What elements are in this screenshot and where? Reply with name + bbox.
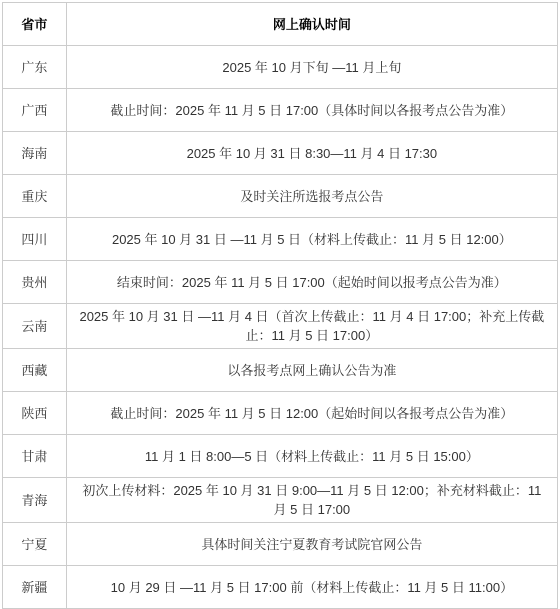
time-cell: 截止时间：2025 年 11 月 5 日 12:00（起始时间以各报考点公告为准… xyxy=(66,392,557,435)
time-cell: 11 月 1 日 8:00—5 日（材料上传截止：11 月 5 日 15:00） xyxy=(66,435,557,478)
confirmation-time-table: 省市 网上确认时间 广东 2025 年 10 月下旬 —11 月上旬 广西 截止… xyxy=(2,2,558,609)
time-cell: 10 月 29 日 —11 月 5 日 17:00 前（材料上传截止：11 月 … xyxy=(66,566,557,609)
time-cell: 截止时间：2025 年 11 月 5 日 17:00（具体时间以各报考点公告为准… xyxy=(66,89,557,132)
table-row: 广东 2025 年 10 月下旬 —11 月上旬 xyxy=(3,46,558,89)
table-row: 海南 2025 年 10 月 31 日 8:30—11 月 4 日 17:30 xyxy=(3,132,558,175)
table-row: 甘肃 11 月 1 日 8:00—5 日（材料上传截止：11 月 5 日 15:… xyxy=(3,435,558,478)
header-province: 省市 xyxy=(3,3,67,46)
province-cell: 广东 xyxy=(3,46,67,89)
province-cell: 西藏 xyxy=(3,349,67,392)
time-cell: 2025 年 10 月下旬 —11 月上旬 xyxy=(66,46,557,89)
province-cell: 甘肃 xyxy=(3,435,67,478)
time-cell: 具体时间关注宁夏教育考试院官网公告 xyxy=(66,523,557,566)
table-row: 四川 2025 年 10 月 31 日 —11 月 5 日（材料上传截止：11 … xyxy=(3,218,558,261)
time-cell: 2025 年 10 月 31 日 —11 月 5 日（材料上传截止：11 月 5… xyxy=(66,218,557,261)
province-cell: 海南 xyxy=(3,132,67,175)
province-cell: 宁夏 xyxy=(3,523,67,566)
time-cell: 及时关注所选报考点公告 xyxy=(66,175,557,218)
province-cell: 云南 xyxy=(3,304,67,349)
time-cell: 初次上传材料：2025 年 10 月 31 日 9:00—11 月 5 日 12… xyxy=(66,478,557,523)
table-row: 贵州 结束时间：2025 年 11 月 5 日 17:00（起始时间以报考点公告… xyxy=(3,261,558,304)
table-row: 宁夏 具体时间关注宁夏教育考试院官网公告 xyxy=(3,523,558,566)
time-cell: 结束时间：2025 年 11 月 5 日 17:00（起始时间以报考点公告为准） xyxy=(66,261,557,304)
province-cell: 贵州 xyxy=(3,261,67,304)
table-row: 重庆 及时关注所选报考点公告 xyxy=(3,175,558,218)
province-cell: 新疆 xyxy=(3,566,67,609)
province-cell: 四川 xyxy=(3,218,67,261)
table-row: 新疆 10 月 29 日 —11 月 5 日 17:00 前（材料上传截止：11… xyxy=(3,566,558,609)
time-cell: 以各报考点网上确认公告为准 xyxy=(66,349,557,392)
table-row: 广西 截止时间：2025 年 11 月 5 日 17:00（具体时间以各报考点公… xyxy=(3,89,558,132)
table-header-row: 省市 网上确认时间 xyxy=(3,3,558,46)
table-row: 西藏 以各报考点网上确认公告为准 xyxy=(3,349,558,392)
time-cell: 2025 年 10 月 31 日 8:30—11 月 4 日 17:30 xyxy=(66,132,557,175)
province-cell: 陕西 xyxy=(3,392,67,435)
province-cell: 青海 xyxy=(3,478,67,523)
province-cell: 重庆 xyxy=(3,175,67,218)
header-confirmation-time: 网上确认时间 xyxy=(66,3,557,46)
table-row: 陕西 截止时间：2025 年 11 月 5 日 12:00（起始时间以各报考点公… xyxy=(3,392,558,435)
time-cell: 2025 年 10 月 31 日 —11 月 4 日（首次上传截止：11 月 4… xyxy=(66,304,557,349)
table-row: 青海 初次上传材料：2025 年 10 月 31 日 9:00—11 月 5 日… xyxy=(3,478,558,523)
province-cell: 广西 xyxy=(3,89,67,132)
table-row: 云南 2025 年 10 月 31 日 —11 月 4 日（首次上传截止：11 … xyxy=(3,304,558,349)
table-body: 广东 2025 年 10 月下旬 —11 月上旬 广西 截止时间：2025 年 … xyxy=(3,46,558,609)
